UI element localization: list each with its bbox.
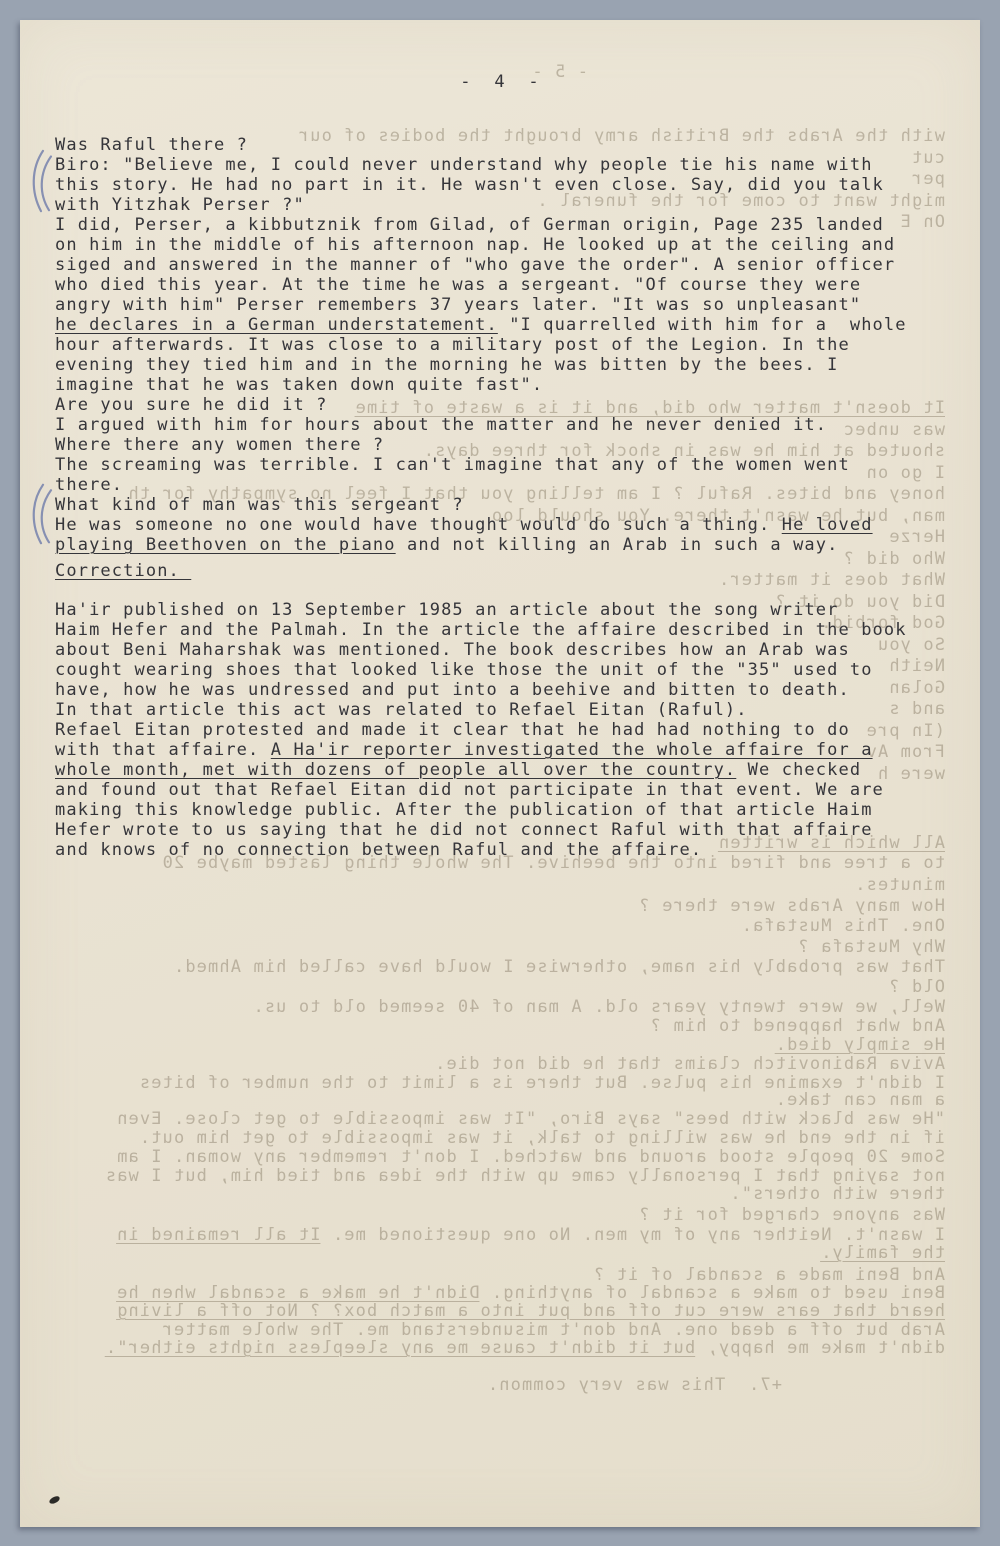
text-line: evening they tied him and in the morning… xyxy=(55,355,907,375)
text-line: He was someone no one would have thought… xyxy=(55,515,907,535)
scan-background: { "colors": { "background": "#99a3b1", "… xyxy=(0,0,1000,1546)
text-line: imagine that he was taken down quite fas… xyxy=(55,375,907,395)
text-line: Haim Hefer and the Palmah. In the articl… xyxy=(55,620,907,640)
text-line: and found out that Refael Eitan did not … xyxy=(55,780,907,800)
text-line: and knows of no connection between Raful… xyxy=(55,840,907,860)
text-line: he declares in a German understatement. … xyxy=(55,315,907,335)
text-line: Where there any women there ? xyxy=(55,435,907,455)
text-line: Ha'ir published on 13 September 1985 an … xyxy=(55,600,907,620)
text-line: there. xyxy=(55,475,907,495)
margin-mark xyxy=(26,148,54,214)
correction-text-block: Ha'ir published on 13 September 1985 an … xyxy=(55,600,907,860)
text-line: Was Raful there ? xyxy=(55,135,907,155)
text-line: siged and answered in the manner of "who… xyxy=(55,255,907,275)
text-line: with that affaire. A Ha'ir reporter inve… xyxy=(55,740,907,760)
text-line: hour afterwards. It was close to a milit… xyxy=(55,335,907,355)
interview-text-block: Was Raful there ?Biro: "Believe me, I co… xyxy=(55,135,907,555)
scanned-page: - 5 -with the Arabs the British army bro… xyxy=(20,20,980,1527)
text-line: cought wearing shoes that looked like th… xyxy=(55,660,907,680)
ink-speck xyxy=(48,1495,60,1505)
text-line: who died this year. At the time he was a… xyxy=(55,275,907,295)
text-line: In that article this act was related to … xyxy=(55,700,907,720)
text-line: this story. He had no part in it. He was… xyxy=(55,175,907,195)
text-line: Are you sure he did it ? xyxy=(55,395,907,415)
text-line: with Yitzhak Perser ?" xyxy=(55,195,907,215)
typewritten-content: - 4 - Was Raful there ?Biro: "Believe me… xyxy=(20,20,980,1527)
text-line: angry with him" Perser remembers 37 year… xyxy=(55,295,907,315)
text-line: about Beni Maharshak was mentioned. The … xyxy=(55,640,907,660)
text-line: I argued with him for hours about the ma… xyxy=(55,415,907,435)
text-line: Biro: "Believe me, I could never underst… xyxy=(55,155,907,175)
correction-heading: Correction. xyxy=(55,561,191,581)
page-number: - 4 - xyxy=(20,72,980,92)
text-line: on him in the middle of his afternoon na… xyxy=(55,235,907,255)
text-line: Refael Eitan protested and made it clear… xyxy=(55,720,907,740)
text-line: making this knowledge public. After the … xyxy=(55,800,907,820)
correction-heading-label: Correction. xyxy=(55,561,191,581)
text-line: Hefer wrote to us saying that he did not… xyxy=(55,820,907,840)
text-line: The screaming was terrible. I can't imag… xyxy=(55,455,907,475)
text-line: What kind of man was this sergeant ? xyxy=(55,495,907,515)
text-line: whole month, met with dozens of people a… xyxy=(55,760,907,780)
text-line: I did, Perser, a kibbutznik from Gilad, … xyxy=(55,215,907,235)
text-line: have, how he was undressed and put into … xyxy=(55,680,907,700)
margin-mark xyxy=(26,482,54,546)
text-line: playing Beethoven on the piano and not k… xyxy=(55,535,907,555)
